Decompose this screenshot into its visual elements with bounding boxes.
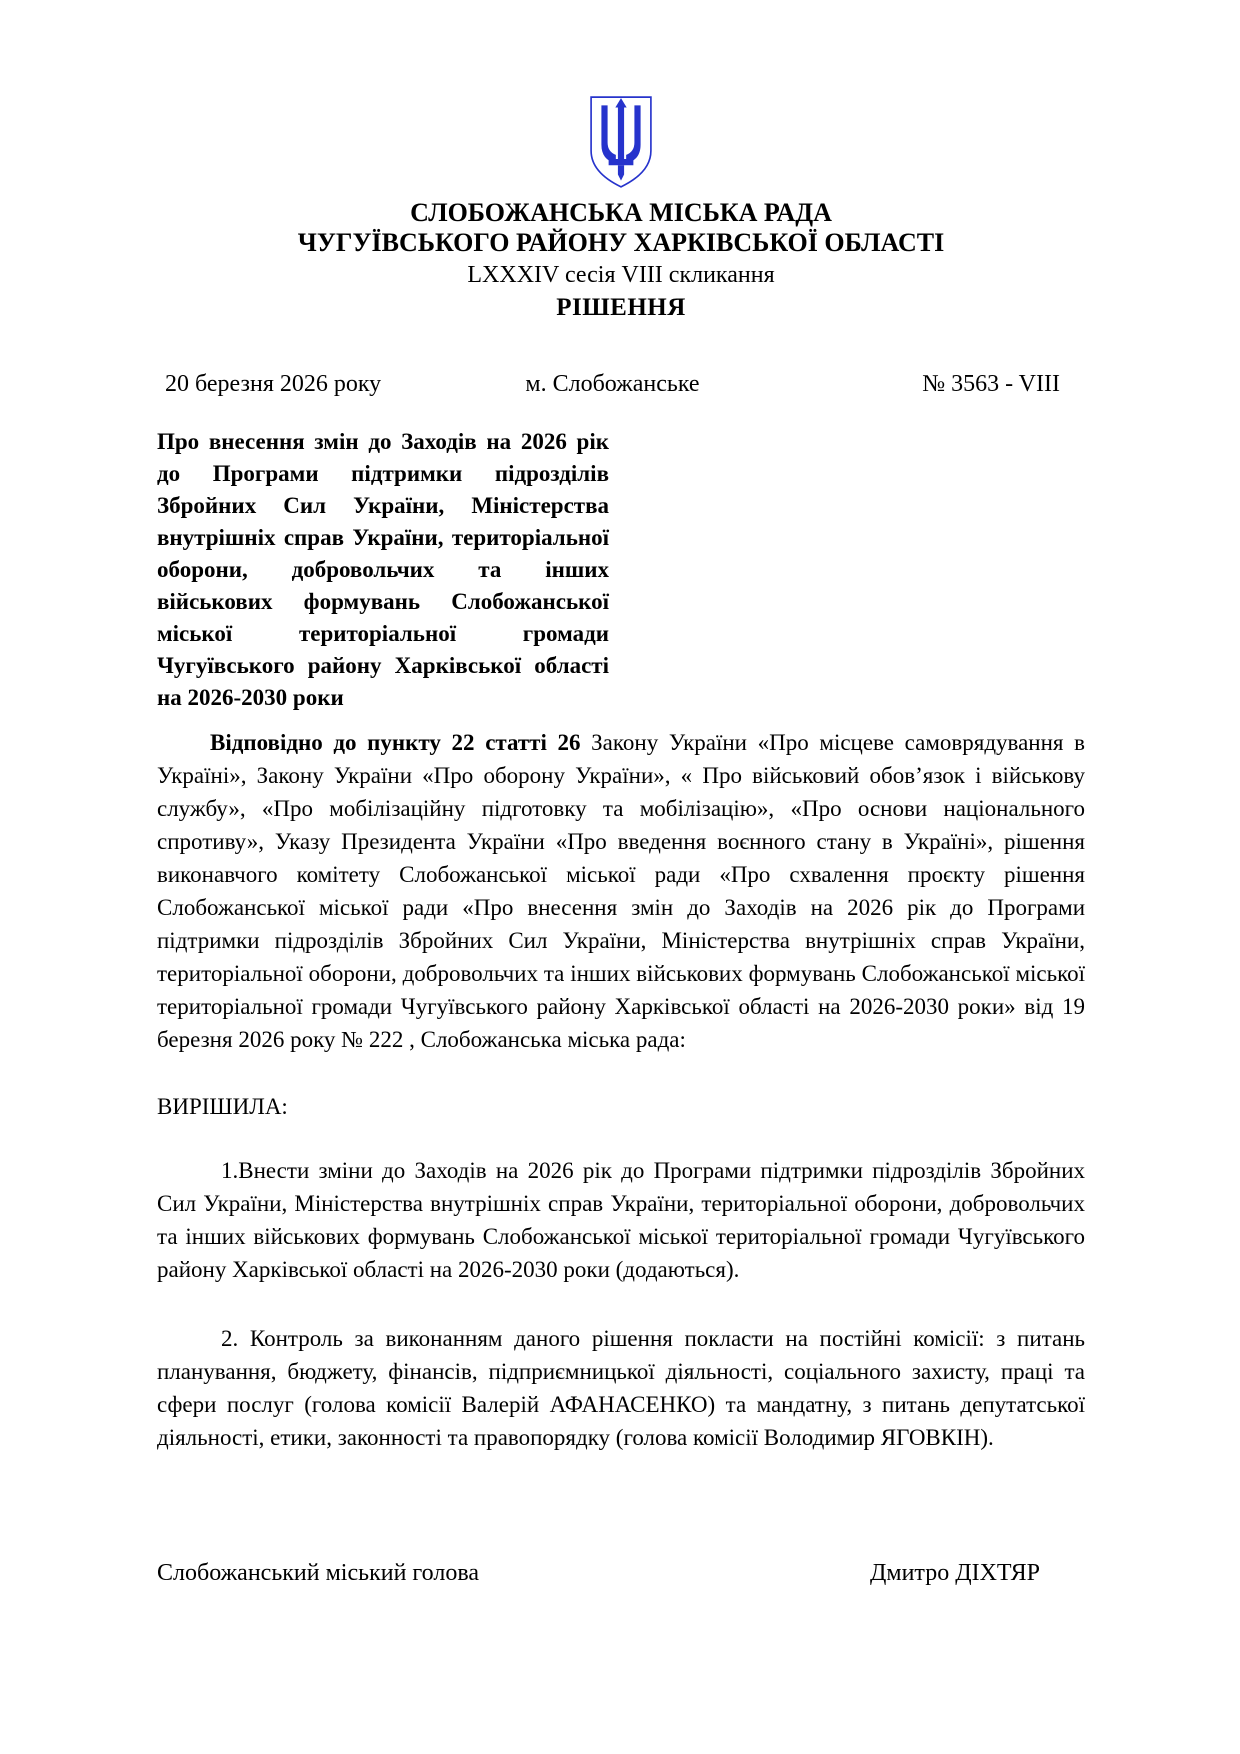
decision-date: 20 березня 2026 року [157, 369, 481, 399]
session-line: LXXXIV сесія VIII скликання [157, 260, 1085, 290]
preamble-paragraph: Відповідно до пункту 22 статті 26 Закону… [157, 726, 1085, 1056]
preamble-legal-reference: Відповідно до пункту 22 статті 26 [210, 730, 581, 755]
resolution-item-1: 1.Внести зміни до Заходів на 2026 рік до… [157, 1154, 1085, 1286]
decision-place: м. Слобожанське [481, 369, 744, 399]
document-content: СЛОБОЖАНСЬКА МІСЬКА РАДА ЧУГУЇВСЬКОГО РА… [0, 0, 1240, 1588]
signer-title: Слобожанський міський голова [157, 1558, 479, 1588]
signer-name: Дмитро ДІХТЯР [870, 1558, 1040, 1588]
meta-row: 20 березня 2026 року м. Слобожанське № 3… [157, 369, 1085, 399]
decision-number: № 3563 - VIII [744, 369, 1085, 399]
org-name-line-2: ЧУГУЇВСЬКОГО РАЙОНУ ХАРКІВСЬКОЇ ОБЛАСТІ [157, 228, 1085, 258]
signature-row: Слобожанський міський голова Дмитро ДІХТ… [157, 1558, 1085, 1588]
trident-icon [588, 95, 654, 190]
org-name-line-1: СЛОБОЖАНСЬКА МІСЬКА РАДА [157, 198, 1085, 228]
resolution-item-2: 2. Контроль за виконанням даного рішення… [157, 1322, 1085, 1454]
ukraine-trident-emblem [588, 95, 654, 190]
decision-subject: Про внесення змін до Заходів на 2026 рік… [157, 426, 609, 714]
resolved-heading: ВИРІШИЛА: [157, 1092, 1085, 1122]
document-type-title: РІШЕННЯ [157, 293, 1085, 323]
document-page: СЛОБОЖАНСЬКА МІСЬКА РАДА ЧУГУЇВСЬКОГО РА… [0, 0, 1240, 1754]
preamble-body-text: Закону України «Про місцеве самоврядуван… [157, 730, 1085, 1052]
